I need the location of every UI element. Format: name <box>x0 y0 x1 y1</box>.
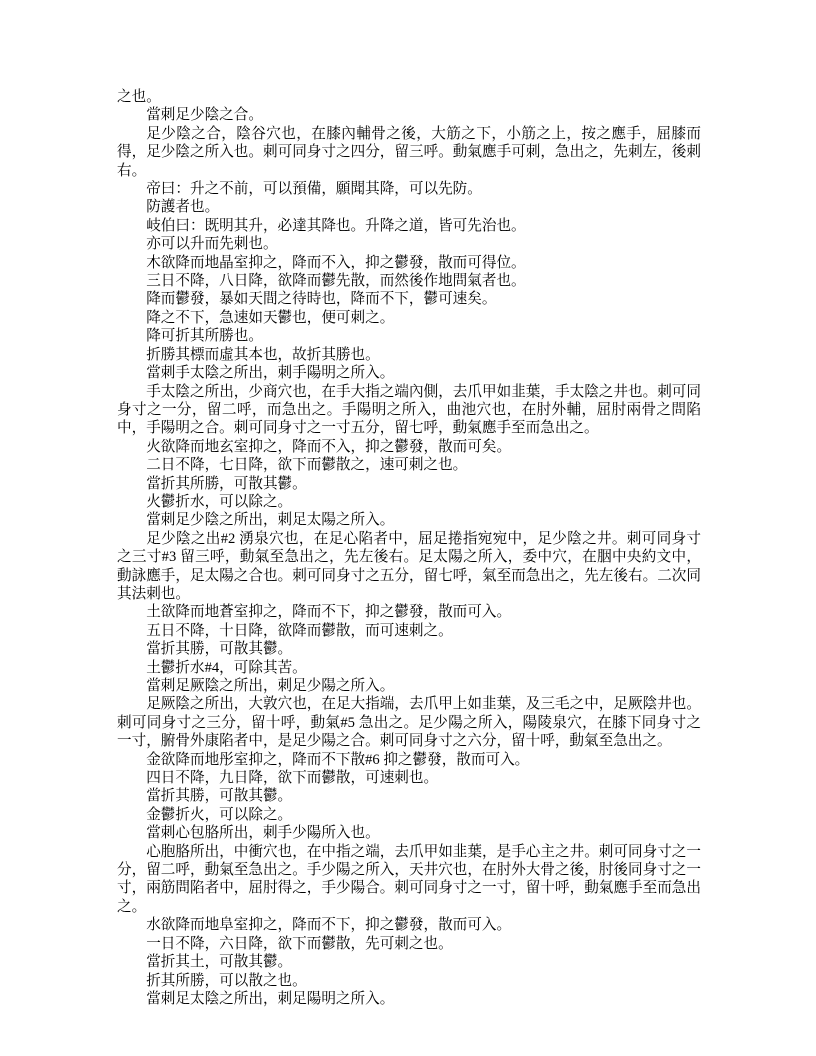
text-paragraph: 足厥陰之所出，大敦穴也，在足大指端，去爪甲上如韭葉，及三毛之中，足厥陰井也。刺可… <box>117 695 701 750</box>
text-paragraph: 防護者也。 <box>117 198 701 216</box>
text-paragraph: 三日不降，八日降，欲降而鬱先散，而然後作地問氣者也。 <box>117 272 701 290</box>
text-paragraph: 降之不下，急速如天鬱也，便可刺之。 <box>117 309 701 327</box>
text-paragraph: 折其所勝，可以散之也。 <box>117 972 701 990</box>
text-paragraph: 當刺足厥陰之所出，刺足少陽之所入。 <box>117 677 701 695</box>
text-paragraph: 當折其土，可散其鬱。 <box>117 953 701 971</box>
text-paragraph: 當折其勝，可散其鬱。 <box>117 640 701 658</box>
text-paragraph: 當刺心包胳所出，刺手少陽所入也。 <box>117 824 701 842</box>
text-paragraph: 土欲降而地蒼室抑之，降而不下，抑之鬱發，散而可入。 <box>117 603 701 621</box>
text-paragraph: 金欲降而地彤室抑之，降而不下散#6 抑之鬱發，散而可入。 <box>117 751 701 769</box>
text-paragraph: 亦可以升而先刺也。 <box>117 235 701 253</box>
text-paragraph: 岐伯曰：既明其升，必達其降也。升降之道，皆可先治也。 <box>117 217 701 235</box>
text-paragraph: 水欲降而地阜室抑之，降而不下，抑之鬱發，散而可入。 <box>117 916 701 934</box>
text-paragraph: 當折其所勝，可散其鬱。 <box>117 475 701 493</box>
text-paragraph: 當刺足少陰之合。 <box>117 106 701 124</box>
text-paragraph: 之也。 <box>117 88 701 106</box>
text-paragraph: 降而鬱發，暴如天間之待時也，降而不下，鬱可速矣。 <box>117 290 701 308</box>
text-paragraph: 土鬱折水#4，可除其苦。 <box>117 659 701 677</box>
text-paragraph: 降可折其所勝也。 <box>117 327 701 345</box>
text-paragraph: 木欲降而地晶室抑之，降而不入，抑之鬱發，散而可得位。 <box>117 254 701 272</box>
text-paragraph: 當刺足太陰之所出，刺足陽明之所入。 <box>117 990 701 1008</box>
document-text: 之也。當刺足少陰之合。足少陰之合，陰谷穴也，在膝內輔骨之後，大筋之下，小筋之上，… <box>117 88 701 1008</box>
text-paragraph: 火欲降而地玄室抑之，降而不入，抑之鬱發，散而可矣。 <box>117 438 701 456</box>
text-paragraph: 當刺手太陰之所出，刺手陽明之所入。 <box>117 364 701 382</box>
text-paragraph: 四日不降，九日降，欲下而鬱散，可速刺也。 <box>117 769 701 787</box>
text-paragraph: 金鬱折火，可以除之。 <box>117 806 701 824</box>
text-paragraph: 心胞胳所出，中衝穴也，在中指之端，去爪甲如韭葉，是手心主之井。刺可同身寸之一分，… <box>117 843 701 917</box>
text-paragraph: 手太陰之所出，少商穴也，在手大指之端內側，去爪甲如韭葉，手太陰之井也。刺可同身寸… <box>117 383 701 438</box>
text-paragraph: 五日不降，十日降，欲降而鬱散，而可速刺之。 <box>117 622 701 640</box>
text-paragraph: 帝曰：升之不前，可以預備，願聞其降，可以先防。 <box>117 180 701 198</box>
text-paragraph: 當折其勝，可散其鬱。 <box>117 787 701 805</box>
text-paragraph: 當刺足少陰之所出，刺足太陽之所入。 <box>117 511 701 529</box>
text-paragraph: 折勝其標而虛其本也，故折其勝也。 <box>117 346 701 364</box>
text-paragraph: 火鬱折水，可以除之。 <box>117 493 701 511</box>
document-page: 之也。當刺足少陰之合。足少陰之合，陰谷穴也，在膝內輔骨之後，大筋之下，小筋之上，… <box>0 0 816 1056</box>
text-paragraph: 足少陰之出#2 湧泉穴也，在足心陷者中，屈足捲指宛宛中，足少陰之井。刺可同身寸之… <box>117 530 701 604</box>
text-paragraph: 二日不降，七日降，欲下而鬱散之，速可刺之也。 <box>117 456 701 474</box>
text-paragraph: 一日不降，六日降，欲下而鬱散，先可刺之也。 <box>117 935 701 953</box>
text-paragraph: 足少陰之合，陰谷穴也，在膝內輔骨之後，大筋之下，小筋之上，按之應手，屈膝而得，足… <box>117 125 701 180</box>
